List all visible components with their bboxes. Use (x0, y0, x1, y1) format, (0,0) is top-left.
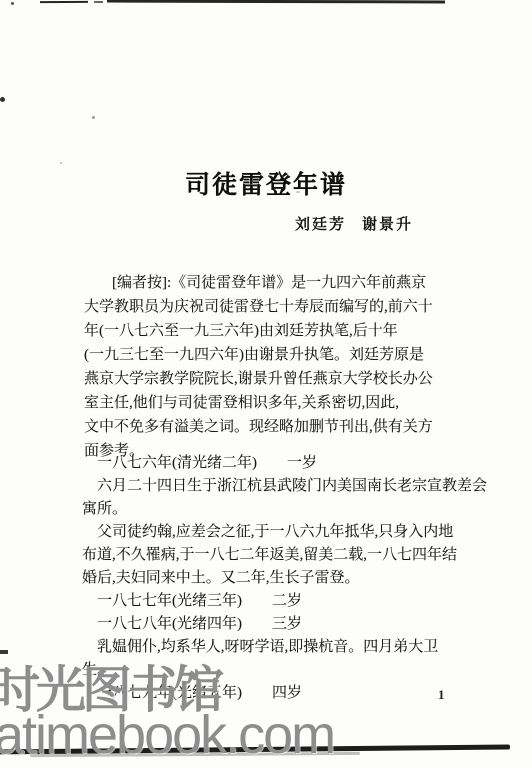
page-number: 1 (438, 687, 445, 703)
watermark-url: atimebook.com (0, 704, 334, 766)
chronicle-line: 六月二十四日生于浙江杭县武陵门内美国南长老宗宣教差会 (82, 475, 470, 498)
chronicle-year-entry: 一八七八年(光绪四年) 三岁 (82, 613, 470, 636)
page-title: 司徒雷登年谱 (0, 165, 532, 201)
note-line: 文中不免多有溢美之词。现经略加删节刊出,供有关方 (84, 415, 466, 439)
author-name: 刘廷芳 (295, 217, 346, 233)
scan-speck (11, 2, 14, 5)
chronicle-year-entry: 一八七七年(光绪三年) 二岁 (82, 590, 470, 613)
chronicle-line: 布道,不久罹病,于一八七二年返美,留美二载,一八七四年结 (82, 544, 470, 567)
scan-edge-mark-top-main (107, 0, 445, 3)
scan-edge-mark-top-dots (94, 1, 103, 3)
editor-note: [编者按]:《司徒雷登年谱》是一九四六年前燕京 大学教职员为庆祝司徒雷登七十寿辰… (84, 271, 466, 463)
chronicle-year-entry: 一八七六年(清光绪二年) 一岁 (82, 452, 470, 475)
scan-speck (0, 97, 5, 102)
chronicle-line: 父司徒约翰,应差会之征,于一八六九年抵华,只身入内地 (82, 521, 470, 544)
note-line: 年(一八七六至一九三六年)由刘廷芳执笔,后十年 (84, 319, 466, 343)
note-line: 室主任,他们与司徒雷登相识多年,关系密切,因此, (84, 391, 466, 415)
chronicle-line: 婚后,夫妇同来中土。又二年,生长子雷登。 (82, 567, 470, 590)
scan-edge-mark-top-left (40, 1, 88, 3)
scan-speck (60, 162, 62, 164)
scan-speck (92, 116, 95, 119)
author-name: 谢景升 (362, 217, 413, 233)
note-line: 大学教职员为庆祝司徒雷登七十寿辰而编写的,前六十 (84, 295, 466, 319)
note-line: [编者按]:《司徒雷登年谱》是一九四六年前燕京 (84, 271, 466, 295)
chronicle-line: 寓所。 (82, 498, 470, 521)
note-line: (一九三七至一九四六年)由谢景升执笔。刘廷芳原是 (84, 343, 466, 367)
author-line: 刘廷芳谢景升 (295, 213, 413, 234)
note-line: 燕京大学宗教学院院长,谢景升曾任燕京大学校长办公 (84, 367, 466, 391)
scanned-book-page: 司徒雷登年谱 刘廷芳谢景升 [编者按]:《司徒雷登年谱》是一九四六年前燕京 大学… (0, 0, 532, 768)
